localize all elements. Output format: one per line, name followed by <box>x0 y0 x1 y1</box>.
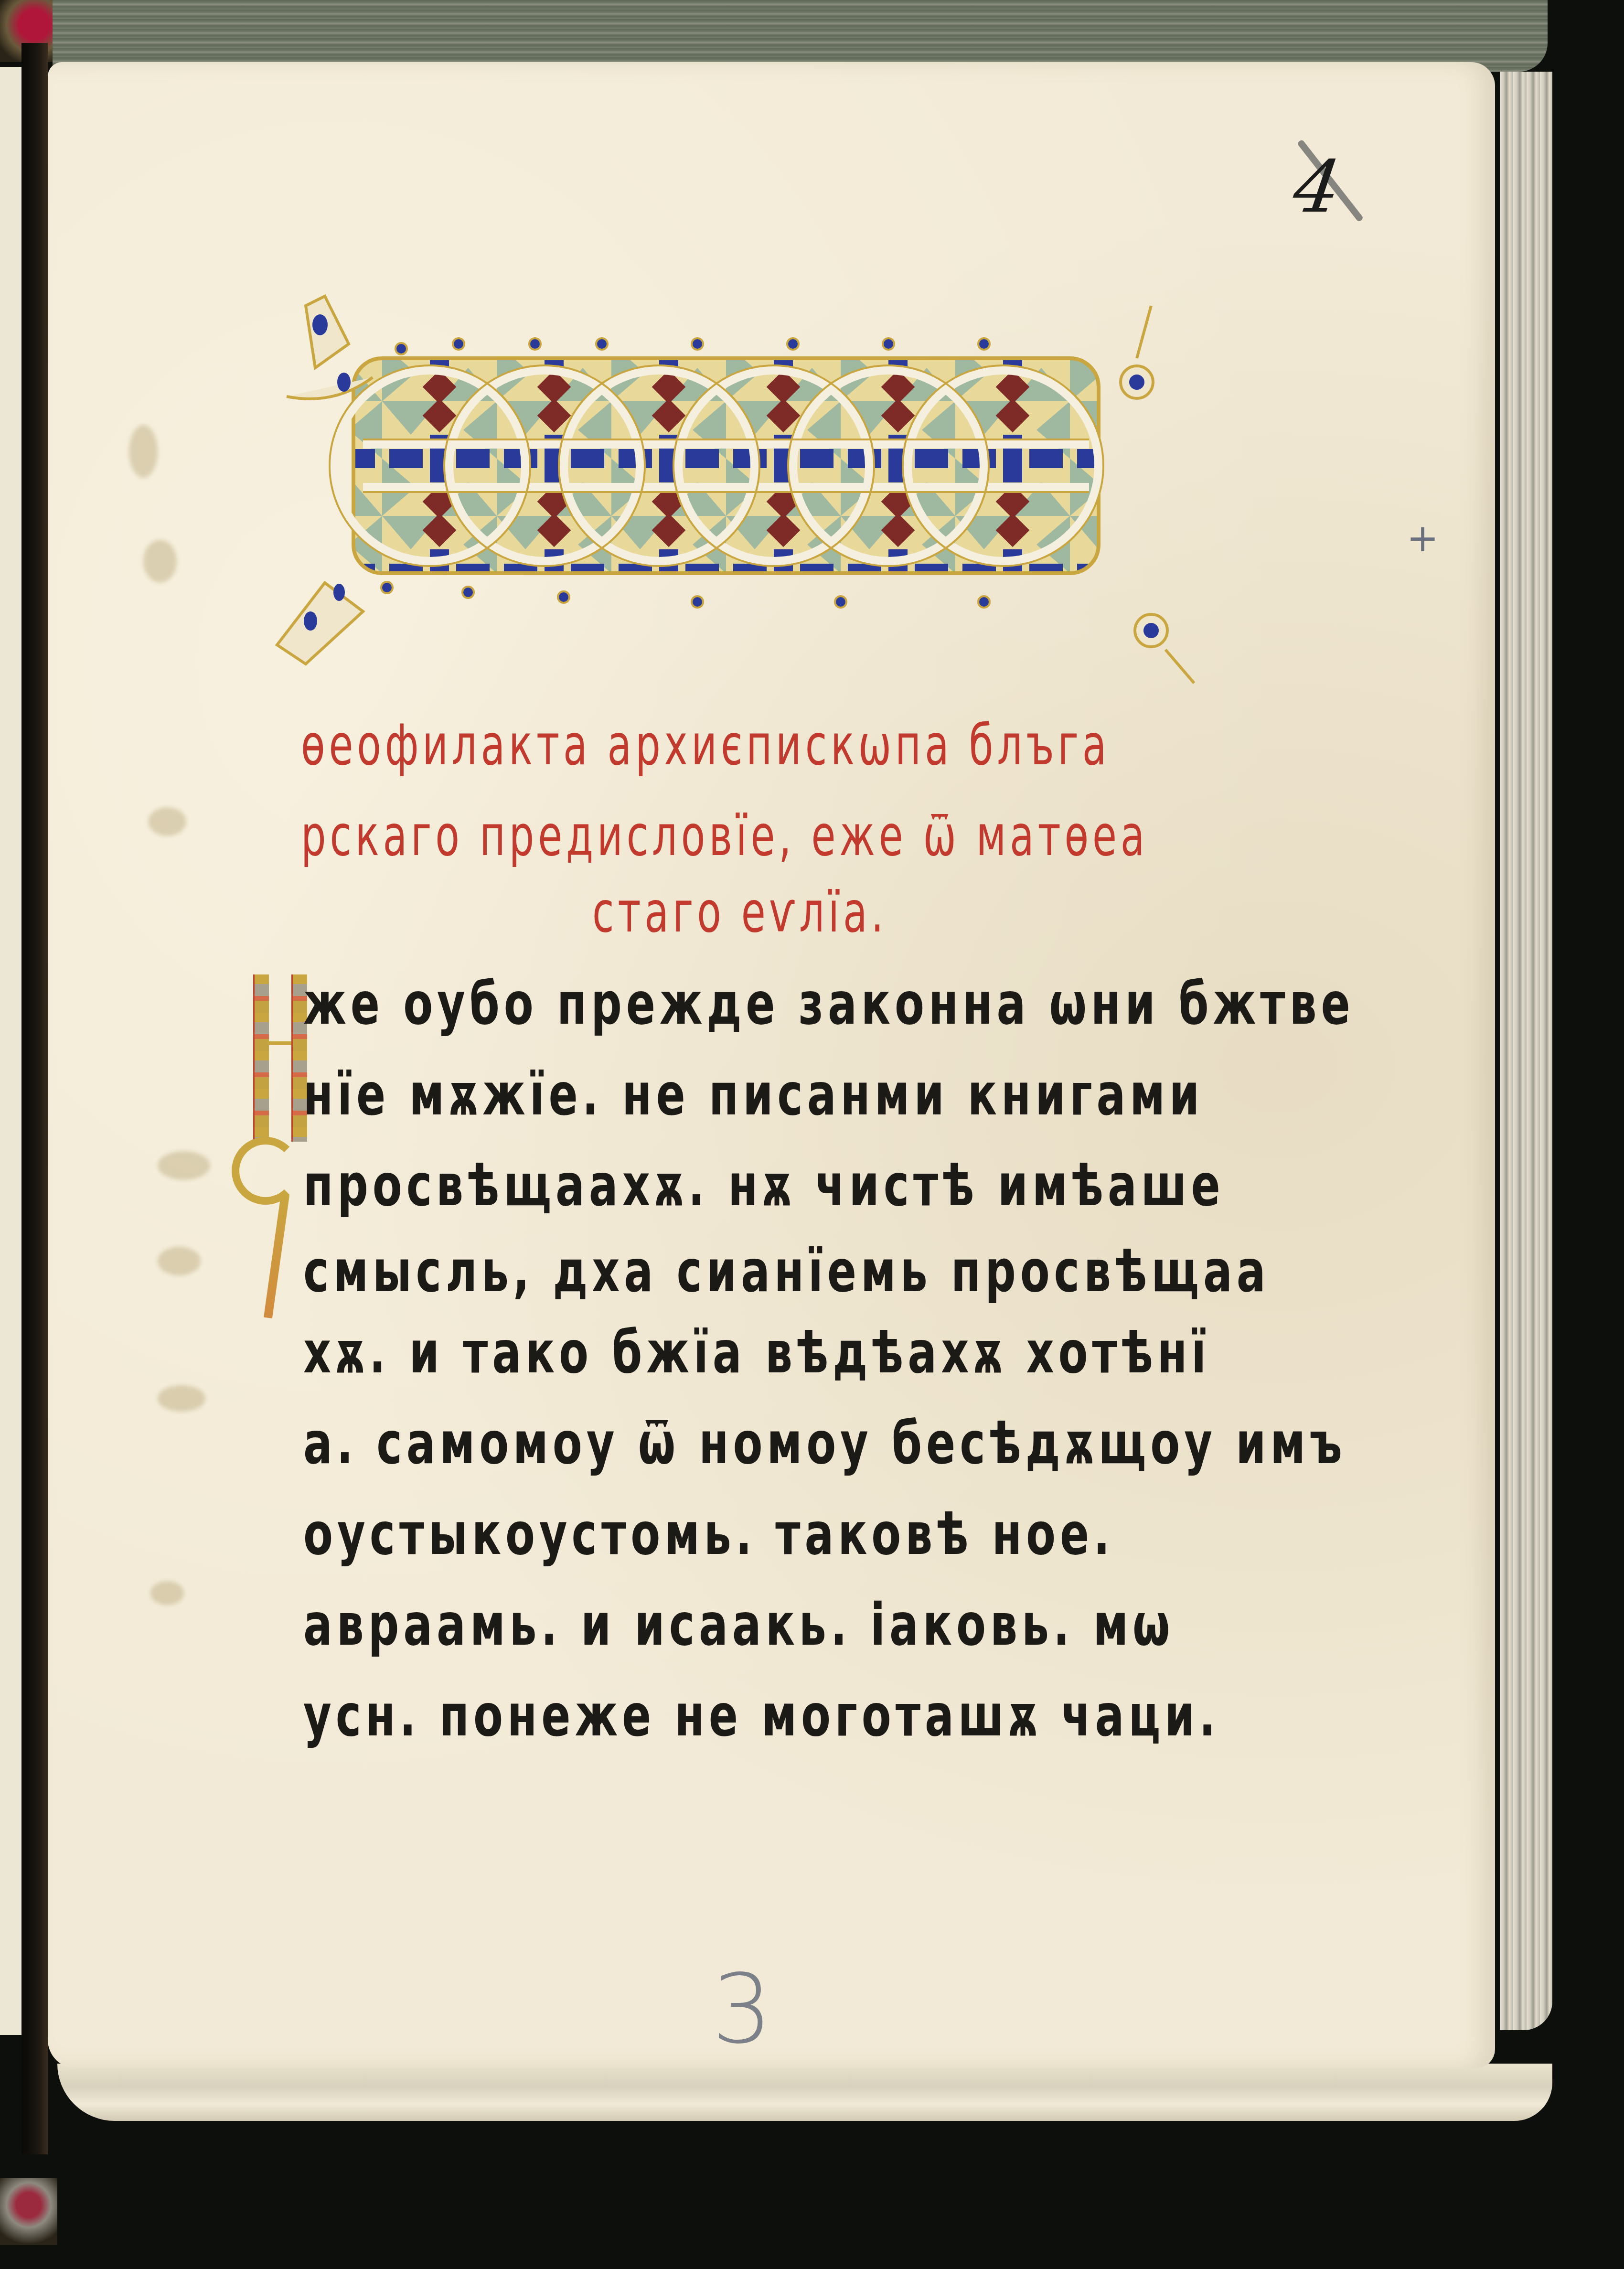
heading-line: стаго еѵлїа. <box>592 884 887 940</box>
pencil-page-number: 3 <box>712 1954 772 2065</box>
margin-cross-mark: + <box>1407 516 1439 560</box>
body-line: усн. понеже не моготашѫ чаци. <box>303 1686 1219 1745</box>
heading-line: ѳеофилакта архиєпискѡпа блъга <box>301 717 1110 773</box>
book-bottom-edge <box>57 2064 1552 2121</box>
decorated-initial-icon <box>253 974 306 1318</box>
body-line: а. самомоу ѿ номоу бесѣдѫщоу имъ <box>303 1414 1346 1472</box>
stain <box>150 1581 184 1605</box>
heading-line: рскаго предисловїе, еже ѿ матѳеа <box>301 807 1148 864</box>
body-line: же оубо прежде законна ѡни бжтве <box>303 974 1355 1033</box>
initial-crossbar <box>267 1041 291 1045</box>
initial-stem-left <box>253 974 269 1142</box>
interlace-headpiece-icon <box>267 287 1213 693</box>
stain <box>148 807 186 836</box>
book-fore-edge <box>1500 72 1552 2030</box>
book-top-edge <box>53 0 1548 72</box>
facing-page-edge <box>0 67 21 2035</box>
stain <box>158 1385 205 1412</box>
stain <box>143 540 177 583</box>
stain <box>158 1151 210 1180</box>
body-line: просвѣщаахѫ. нѫ чистѣ имѣаше <box>303 1156 1225 1214</box>
stain <box>158 1247 201 1275</box>
binding-gutter <box>21 43 48 2154</box>
body-line: хѫ. и тако бжїа вѣдѣахѫ хотѣнї <box>303 1323 1210 1381</box>
headband-bottom <box>0 2178 57 2245</box>
initial-tail <box>264 1194 289 1318</box>
body-line: авраамь. и исаакь. іаковь. мѡ <box>303 1595 1174 1654</box>
body-line: смысль, дха сианїемь просвѣщаа <box>303 1242 1270 1300</box>
body-line: нїе мѫжїе. не писанми книгами <box>303 1065 1204 1124</box>
initial-swirl <box>232 1137 299 1205</box>
stain <box>129 425 158 478</box>
body-line: оустыкоустомь. таковѣ ное. <box>303 1505 1114 1563</box>
